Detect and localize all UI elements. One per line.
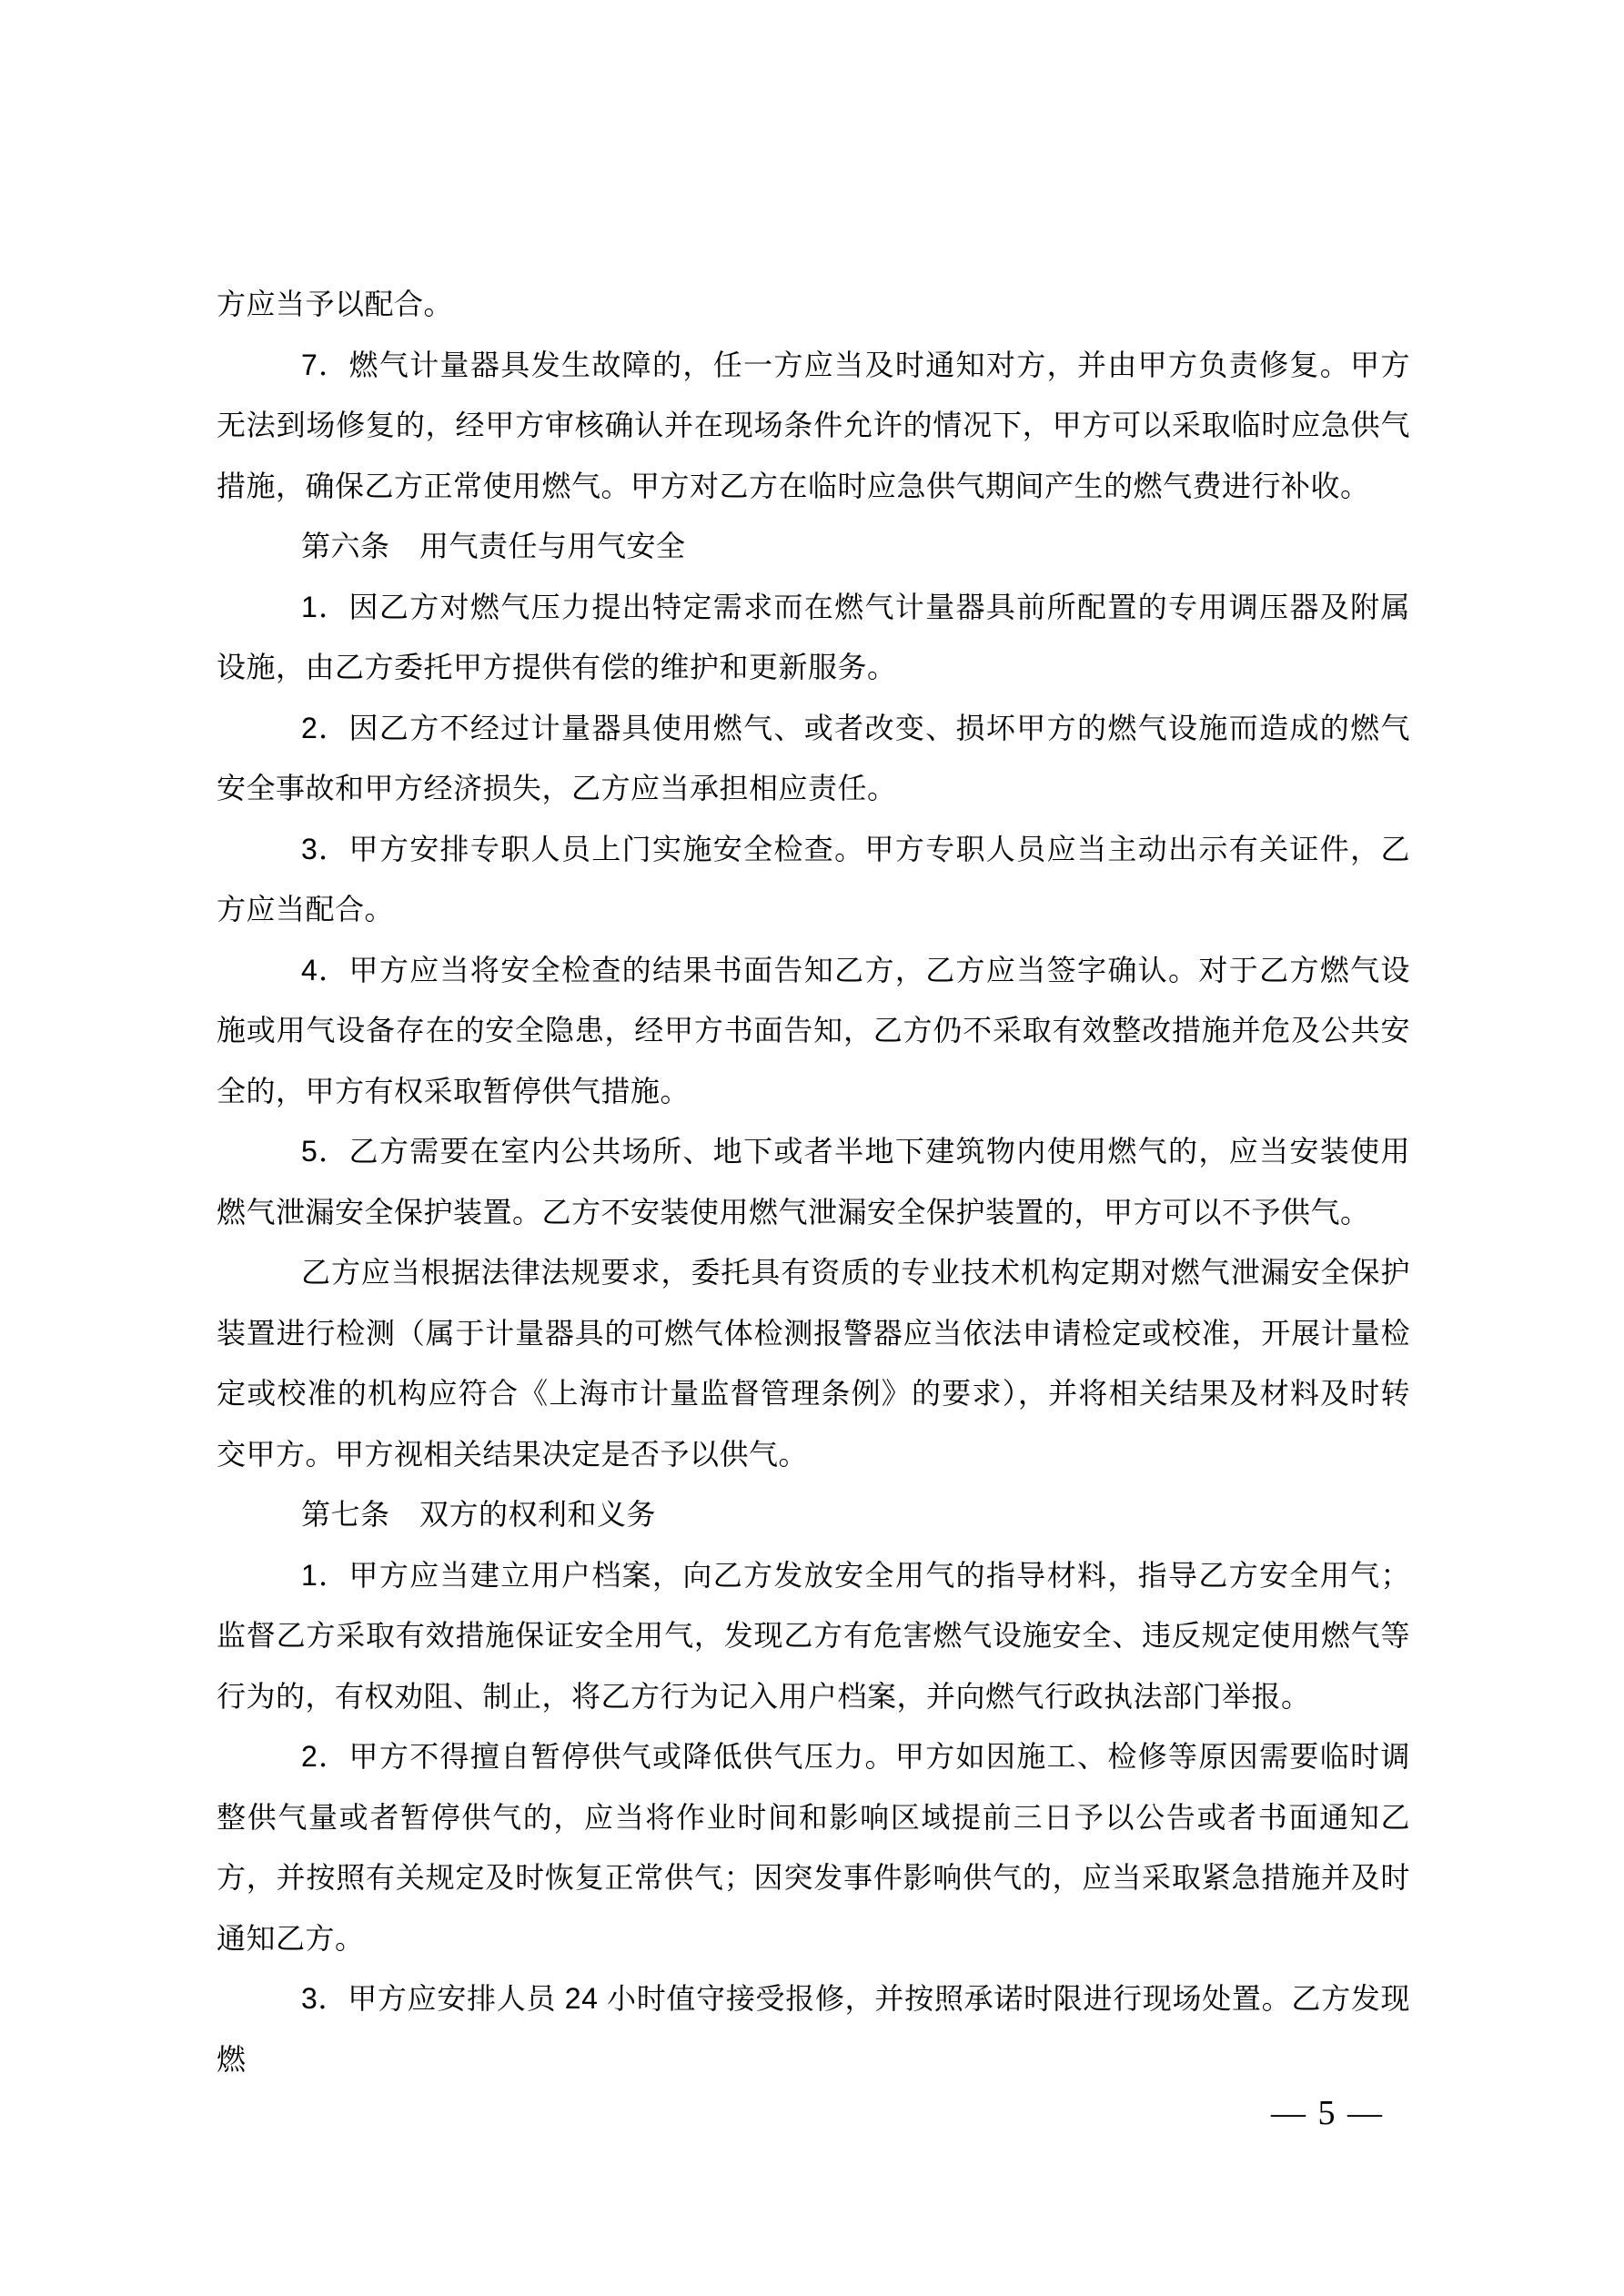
contract-body: 方应当予以配合。 7．燃气计量器具发生故障的，任一方应当及时通知对方，并由甲方负…: [217, 274, 1410, 2089]
document-page: 方应当予以配合。 7．燃气计量器具发生故障的，任一方应当及时通知对方，并由甲方负…: [0, 0, 1624, 2296]
article-7-item-2: 2．甲方不得擅自暂停供气或降低供气压力。甲方如因施工、检修等原因需要临时调整供气…: [217, 1726, 1410, 1968]
article-6-heading: 第六条 用气责任与用气安全: [217, 516, 1410, 577]
article-7-item-1: 1．甲方应当建立用户档案，向乙方发放安全用气的指导材料，指导乙方安全用气；监督乙…: [217, 1545, 1410, 1727]
article-6-item-5: 5．乙方需要在室内公共场所、地下或者半地下建筑物内使用燃气的，应当安装使用燃气泄…: [217, 1121, 1410, 1242]
article-6-item-5-detection-requirement: 乙方应当根据法律法规要求，委托具有资质的专业技术机构定期对燃气泄漏安全保护装置进…: [217, 1242, 1410, 1484]
article-7-heading: 第七条 双方的权利和义务: [217, 1484, 1410, 1545]
article-6-item-1: 1．因乙方对燃气压力提出特定需求而在燃气计量器具前所配置的专用调压器及附属设施，…: [217, 577, 1410, 698]
article-6-item-3: 3．甲方安排专职人员上门实施安全检查。甲方专职人员应当主动出示有关证件，乙方应当…: [217, 819, 1410, 940]
paragraph-continuation-from-previous-page: 方应当予以配合。: [217, 274, 1410, 335]
page-footer: — 5 —: [1229, 2053, 1384, 2173]
page-number: — 5 —: [1271, 2094, 1384, 2132]
article-6-item-4: 4．甲方应当将安全检查的结果书面告知乙方，乙方应当签字确认。对于乙方燃气设施或用…: [217, 940, 1410, 1122]
article-6-item-2: 2．因乙方不经过计量器具使用燃气、或者改变、损坏甲方的燃气设施而造成的燃气安全事…: [217, 698, 1410, 819]
clause-item-7: 7．燃气计量器具发生故障的，任一方应当及时通知对方，并由甲方负责修复。甲方无法到…: [217, 335, 1410, 517]
